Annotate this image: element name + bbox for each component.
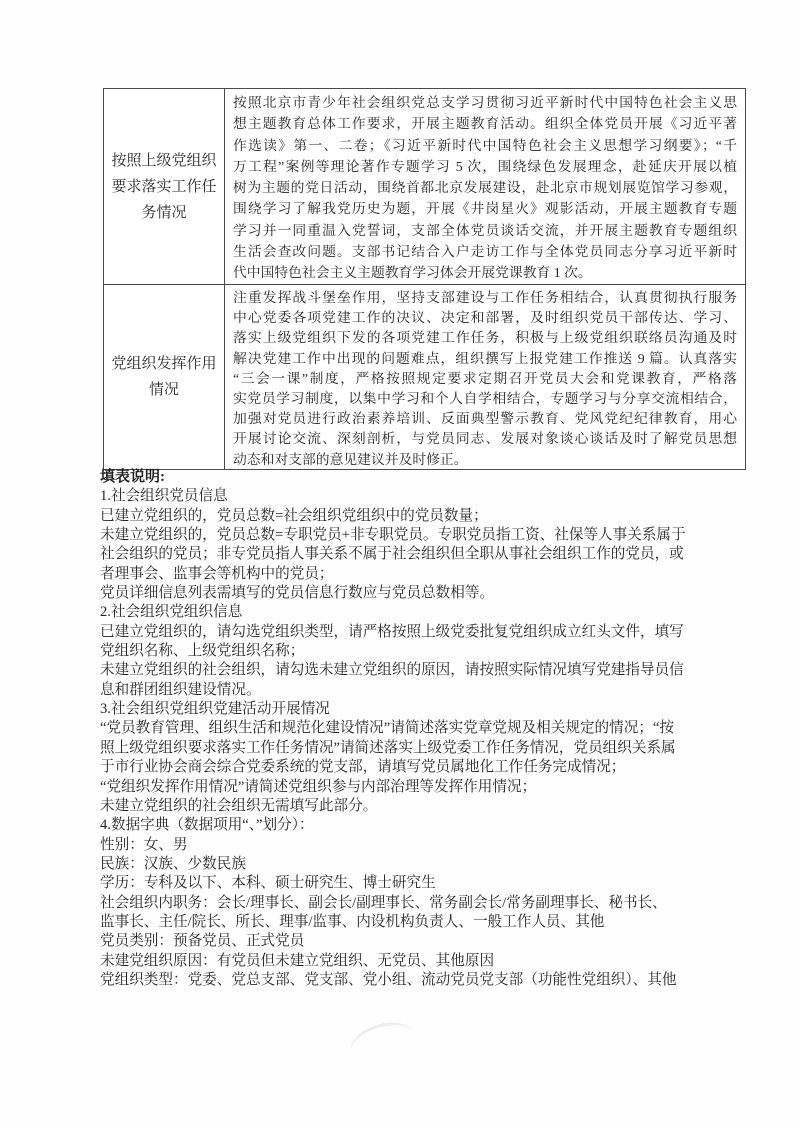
row-header-cell: 党组织发挥作用情况 bbox=[104, 285, 225, 469]
row-header-text: 党组织发挥作用情况 bbox=[111, 351, 217, 403]
row-content-cell: 按照北京市青少年社会组织党总支学习贯彻习近平新时代中国特色社会主义思想主题教育总… bbox=[225, 89, 745, 284]
scanned-document-page: 按照上级党组织要求落实工作任务情况 按照北京市青少年社会组织党总支学习贯彻习近平… bbox=[0, 0, 799, 1122]
row-header-text: 按照上级党组织要求落实工作任务情况 bbox=[111, 148, 217, 226]
instructions-title: 填表说明: bbox=[100, 468, 770, 487]
row-content-cell: 注重发挥战斗堡垒作用，坚持支部建设与工作任务相结合，认真贯彻执行服务中心党委各项… bbox=[225, 285, 745, 469]
row-header-cell: 按照上级党组织要求落实工作任务情况 bbox=[104, 89, 225, 284]
table-row: 按照上级党组织要求落实工作任务情况 按照北京市青少年社会组织党总支学习贯彻习近平… bbox=[104, 89, 745, 285]
form-instructions-section: 填表说明: 1.社会组织党员信息已建立党组织的，党员总数=社会组织党组织中的党员… bbox=[100, 468, 770, 990]
scan-crease-mark bbox=[346, 1016, 420, 1072]
instructions-lines: 1.社会组织党员信息已建立党组织的，党员总数=社会组织党组织中的党员数量；未建立… bbox=[100, 487, 770, 990]
table-row: 党组织发挥作用情况 注重发挥战斗堡垒作用，坚持支部建设与工作任务相结合，认真贯彻… bbox=[104, 285, 745, 469]
party-building-status-table: 按照上级党组织要求落实工作任务情况 按照北京市青少年社会组织党总支学习贯彻习近平… bbox=[103, 88, 746, 470]
